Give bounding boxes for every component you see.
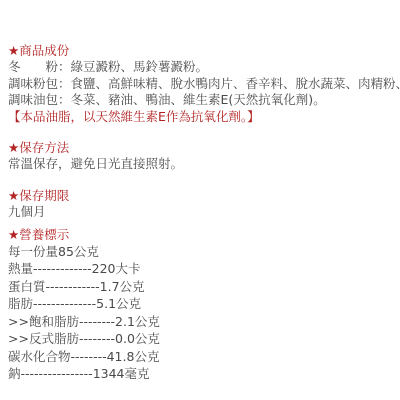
storage-instruction: 常溫保存，避免日光直接照射。	[8, 156, 394, 173]
nutrition-row-trans-fat: >>反式脂肪--------0.0公克	[8, 330, 394, 348]
nutrition-row-protein: 蛋白質------------1.7公克	[8, 278, 394, 296]
nutrition-row-carbohydrate: 碳水化合物--------41.8公克	[8, 348, 394, 366]
ingredients-header: ★商品成份	[8, 43, 394, 59]
product-info-panel: ★商品成份 冬 粉：綠豆澱粉、馬鈴薯澱粉。 調味粉包：食鹽、高鮮味精、脫水鴨肉片…	[0, 0, 400, 383]
section-ingredients: ★商品成份 冬 粉：綠豆澱粉、馬鈴薯澱粉。 調味粉包：食鹽、高鮮味精、脫水鴨肉片…	[8, 43, 394, 125]
ingredients-line-vermicelli: 冬 粉：綠豆澱粉、馬鈴薯澱粉。	[8, 59, 394, 76]
nutrition-serving-size: 每一份量85公克	[8, 243, 394, 260]
shelf-life-header: ★保存期限	[8, 188, 394, 204]
nutrition-row-calories: 熱量-------------220大卡	[8, 260, 394, 278]
ingredients-line-seasoning-powder: 調味粉包：食鹽、高鮮味精、脫水鴨肉片、香辛料、脫水蔬菜、肉精粉、調味劑。	[8, 76, 394, 93]
shelf-life-value: 九個月	[8, 204, 394, 221]
storage-header: ★保存方法	[8, 140, 394, 156]
nutrition-header: ★營養標示	[8, 227, 394, 243]
nutrition-row-fat: 脂肪--------------5.1公克	[8, 295, 394, 313]
section-nutrition-facts: ★營養標示 每一份量85公克 熱量-------------220大卡 蛋白質-…	[8, 227, 394, 383]
section-storage-method: ★保存方法 常溫保存，避免日光直接照射。	[8, 140, 394, 173]
ingredients-line-seasoning-oil: 調味油包：冬菜、豬油、鴨油、維生素E(天然抗氧化劑)。	[8, 92, 394, 109]
nutrition-row-sodium: 鈉----------------1344毫克	[8, 365, 394, 383]
nutrition-row-saturated-fat: >>飽和脂肪--------2.1公克	[8, 313, 394, 331]
section-shelf-life: ★保存期限 九個月	[8, 188, 394, 221]
ingredients-antioxidant-note: 【本品油脂，以天然維生素E作為抗氧化劑。】	[8, 109, 394, 126]
